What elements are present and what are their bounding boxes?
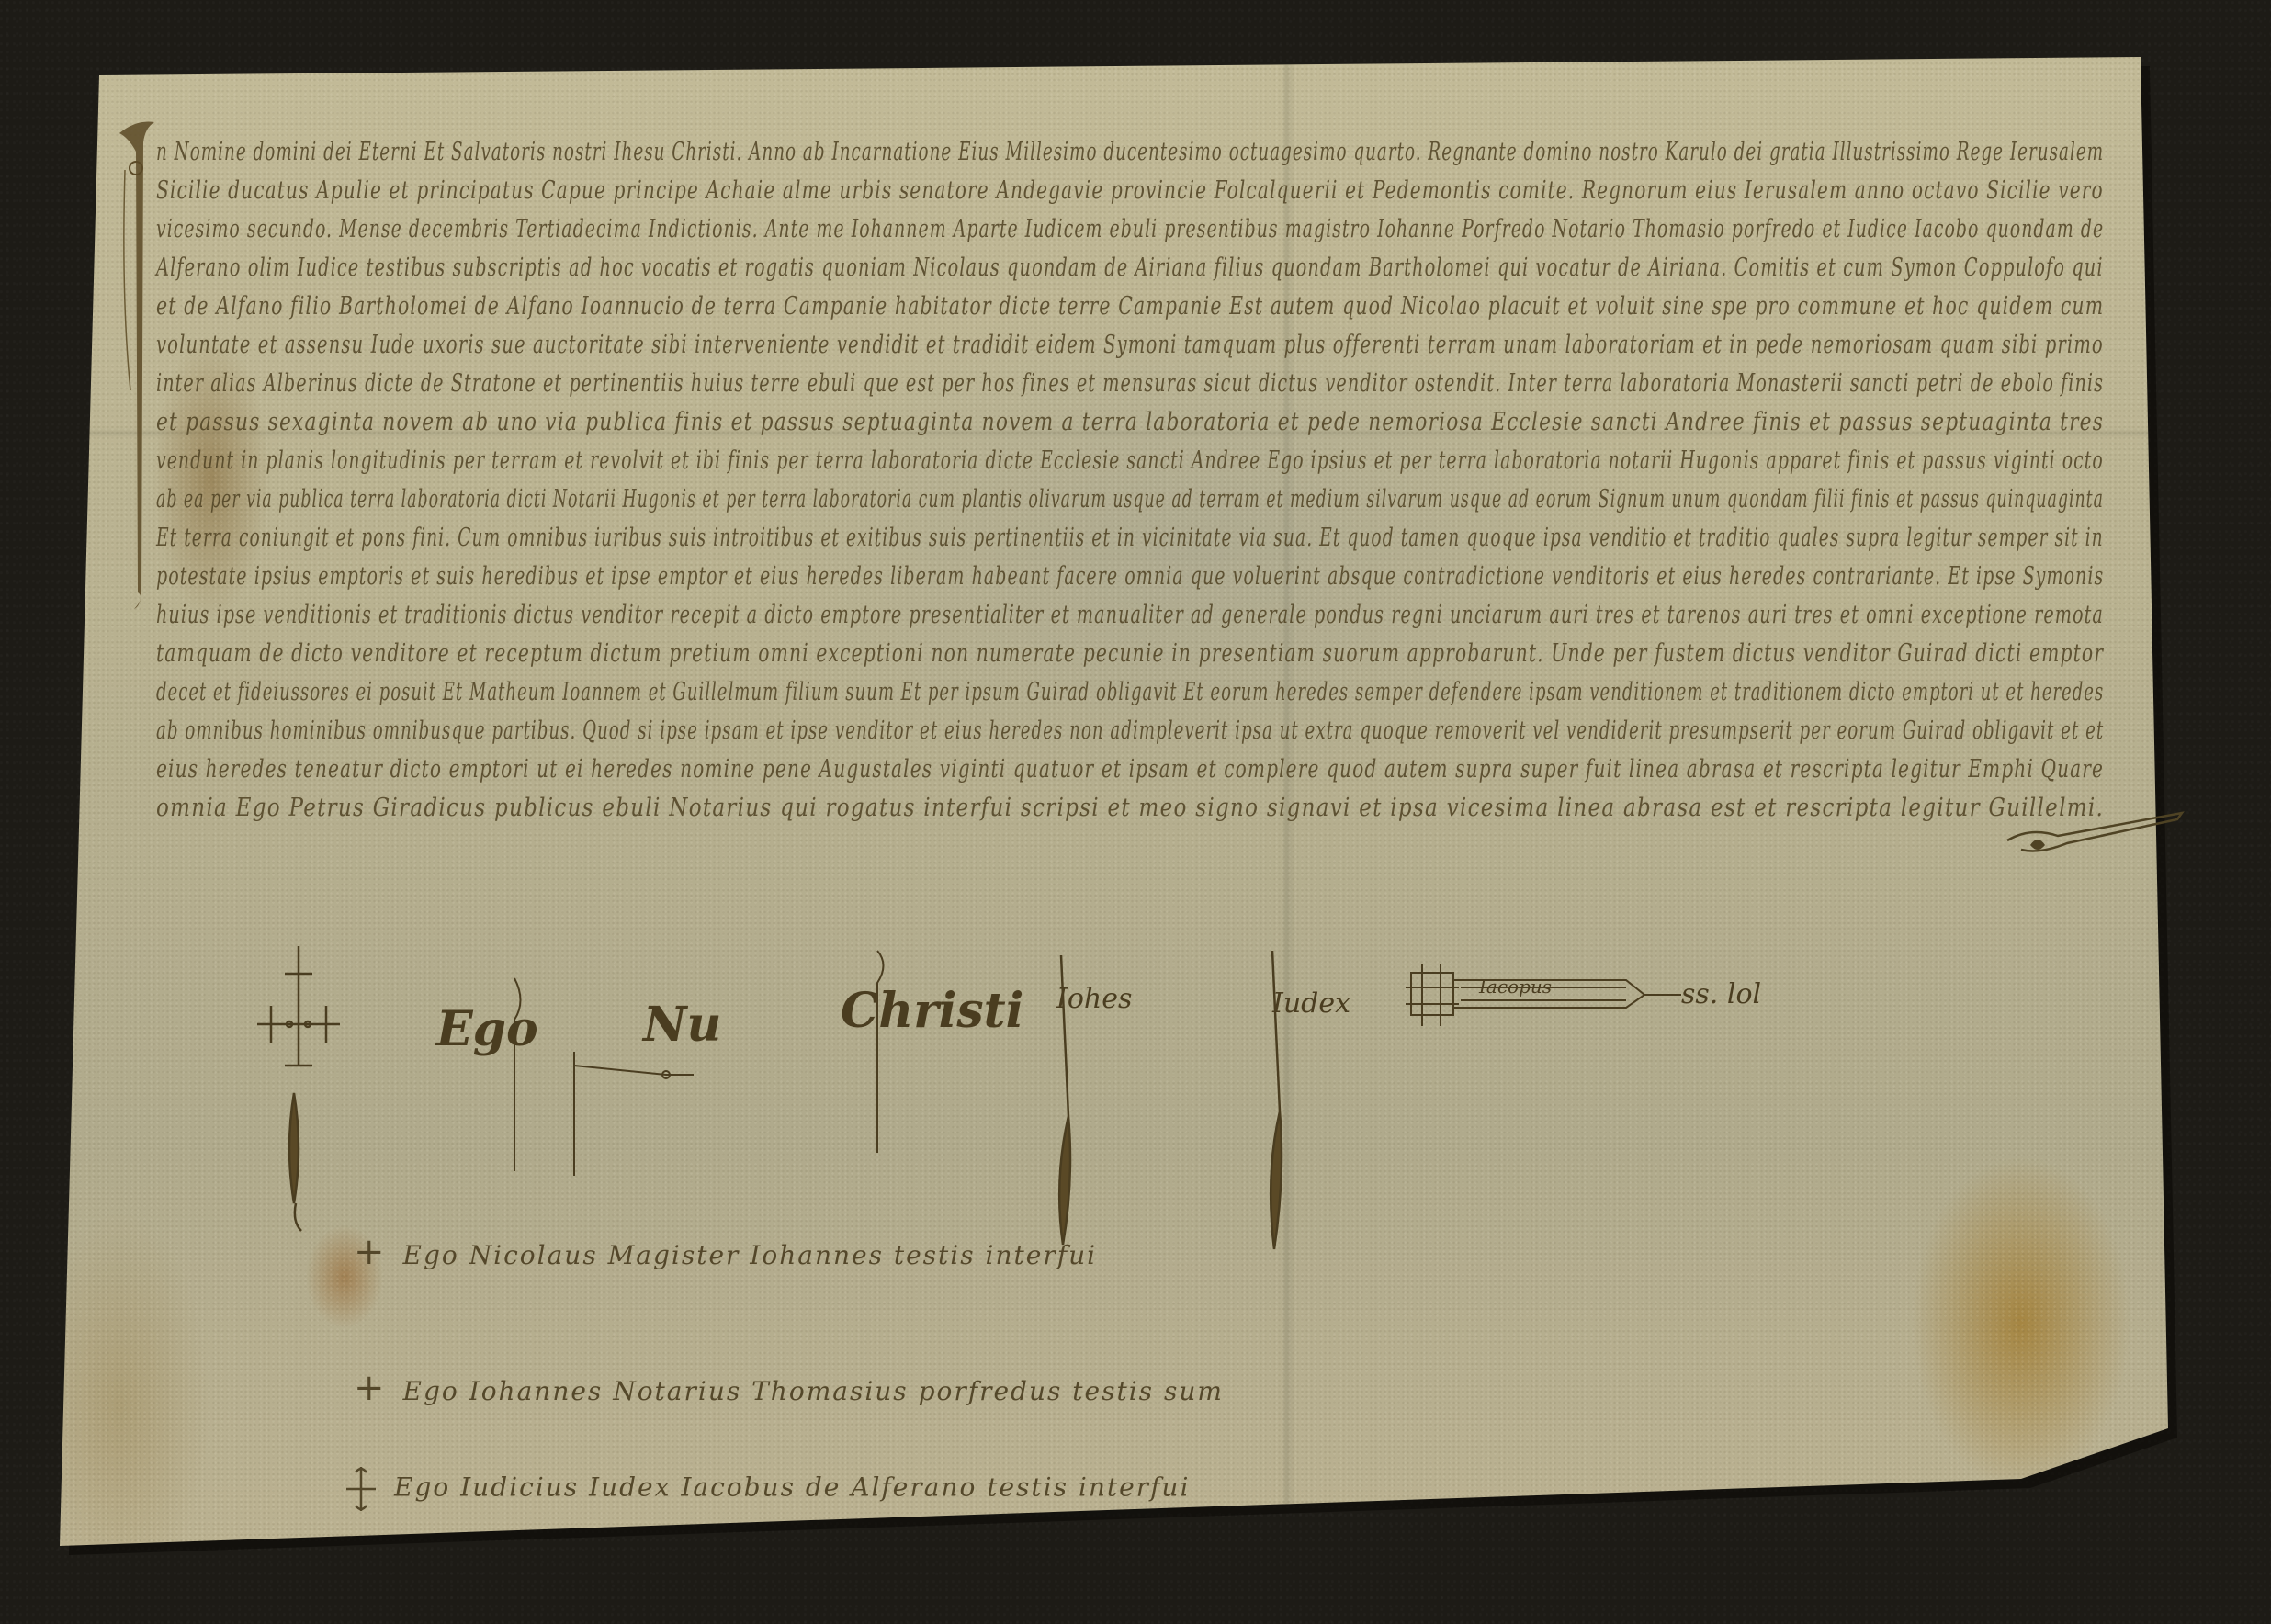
signum-cross-icon — [248, 937, 349, 1240]
witness-2-text: Ego Iohannes Notarius Thomasius porfredu… — [403, 1376, 1224, 1406]
witness-3: Ego Iudicius Iudex Iacobus de Alferano t… — [345, 1465, 1190, 1513]
text-line-12: potestate ipsius emptoris et suis heredi… — [156, 562, 2104, 591]
text-line-17: eius heredes teneatur dicto emptori ut e… — [156, 755, 2104, 784]
text-line-18: omnia Ego Petrus Giradicus publicus ebul… — [156, 794, 2104, 822]
decorated-initial-icon — [118, 115, 158, 611]
text-line-5: et de Alfano filio Bartholomei de Alfano… — [156, 292, 2104, 321]
descender-stroke-icon — [501, 974, 528, 1176]
text-line-2: Sicilie ducatus Apulie et principatus Ca… — [156, 176, 2104, 205]
text-line-13: huius ipse venditionis et traditionis di… — [156, 601, 2104, 629]
text-line-11: Et terra coniungit et pons fini. Cum omn… — [156, 524, 2104, 552]
witness-1-text: Ego Nicolaus Magister Iohannes testis in… — [403, 1240, 1098, 1270]
cross-mark-icon: + — [354, 1367, 387, 1409]
text-line-7: inter alias Alberinus dicte de Stratone … — [156, 369, 2104, 398]
text-line-16: ab omnibus hominibus omnibusque partibus… — [156, 716, 2104, 745]
signum-iacopus: Iacopus — [1479, 976, 1552, 998]
connector-stroke-icon — [565, 1047, 703, 1185]
text-line-14: tamquam de dicto venditore et receptum d… — [156, 639, 2104, 668]
text-line-1: n Nomine domini dei Eterni Et Salvatoris… — [156, 138, 1490, 166]
text-line-4: Alferano olim Iudice testibus subscripti… — [156, 254, 2104, 282]
text-line-6: voluntate et assensu Iude uxoris sue auc… — [156, 331, 2104, 359]
cross-mark-icon: + — [354, 1231, 387, 1273]
witness-3-text: Ego Iudicius Iudex Iacobus de Alferano t… — [394, 1472, 1190, 1503]
signum-notarius: Nu — [643, 997, 721, 1053]
witness-1: +Ego Nicolaus Magister Iohannes testis i… — [354, 1231, 1097, 1273]
text-line-10: ab ea per via publica terra laboratoria … — [156, 485, 2104, 513]
witness-2: +Ego Iohannes Notarius Thomasius porfred… — [354, 1367, 1224, 1409]
descender-stroke-icon — [864, 946, 891, 1157]
text-line-15: decet et fideiussores ei posuit Et Mathe… — [156, 678, 2104, 706]
cross-fleury-icon — [345, 1465, 378, 1513]
text-line-9: vendunt in planis longitudinis per terra… — [156, 446, 2104, 475]
iudex-stem-icon — [1254, 946, 1300, 1286]
closing-flourish-icon — [2003, 808, 2186, 863]
signum-suffix: ss. lol — [1681, 978, 1761, 1010]
text-line-8: et passus sexaginta novem ab uno via pub… — [156, 408, 2104, 436]
text-line-3: vicesimo secundo. Mense decembris Tertia… — [156, 215, 2104, 243]
